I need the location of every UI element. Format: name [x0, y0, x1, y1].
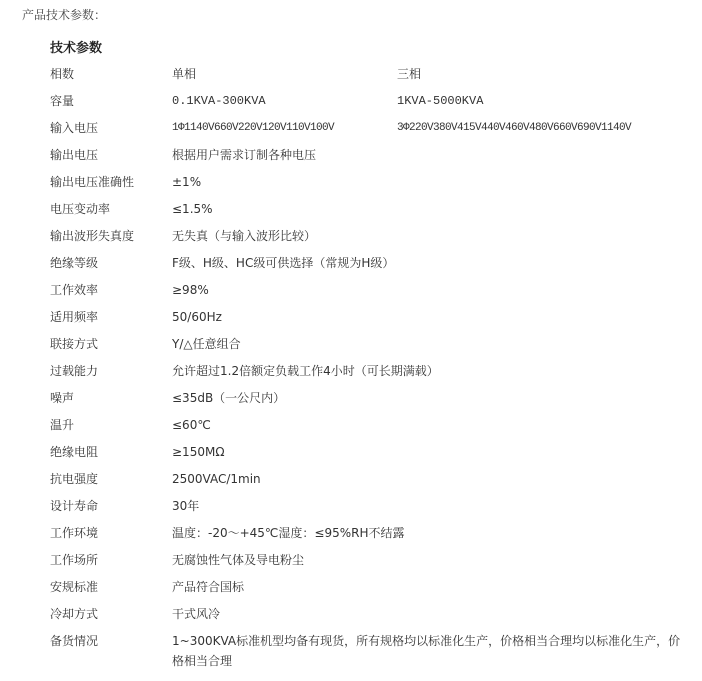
row-value: 产品符合国标 [172, 573, 692, 600]
table-row: 适用频率50/60Hz [50, 303, 692, 330]
row-value: 30年 [172, 492, 692, 519]
row-value: ≤1.5% [172, 195, 692, 222]
row-value: Y/△任意组合 [172, 330, 692, 357]
table-row: 容量0.1KVA-300KVA1KVA-5000KVA [50, 87, 692, 114]
table-row: 过载能力允许超过1.2倍额定负载工作4小时（可长期满载） [50, 357, 692, 384]
row-label: 设计寿命 [50, 492, 172, 519]
row-label: 输出电压 [50, 141, 172, 168]
row-label: 抗电强度 [50, 465, 172, 492]
spec-table: 技术参数 相数单相三相 容量0.1KVA-300KVA1KVA-5000KVA … [50, 33, 692, 671]
row-value: 干式风冷 [172, 600, 692, 627]
row-label: 输入电压 [50, 114, 172, 141]
row-label: 绝缘电阻 [50, 438, 172, 465]
table-row: 工作效率≥98% [50, 276, 692, 303]
table-row: 绝缘电阻≥150MΩ [50, 438, 692, 465]
row-label: 工作场所 [50, 546, 172, 573]
row-value-three: 3Φ220V380V415V440V460V480V660V690V1140V [397, 114, 692, 141]
table-row: 输入电压1Φ1140V660V220V120V110V100V3Φ220V380… [50, 114, 692, 141]
intro-label: 产品技术参数： [22, 6, 106, 23]
row-value: F级、H级、HC级可供选择（常规为H级） [172, 249, 692, 276]
row-value: 允许超过1.2倍额定负载工作4小时（可长期满载） [172, 357, 692, 384]
row-value: ±1% [172, 168, 692, 195]
row-label: 容量 [50, 87, 172, 114]
table-row: 噪声≤35dB（一公尺内） [50, 384, 692, 411]
spec-table-heading: 技术参数 [50, 33, 692, 60]
row-value-single: 单相 [172, 60, 397, 87]
row-value: 1~300KVA标准机型均备有现货，所有规格均以标准化生产，价格相当合理均以标准… [172, 627, 692, 671]
row-value: 2500VAC/1min [172, 465, 692, 492]
row-label: 联接方式 [50, 330, 172, 357]
table-row: 抗电强度2500VAC/1min [50, 465, 692, 492]
row-value-single: 0.1KVA-300KVA [172, 87, 397, 114]
row-value-single: 1Φ1140V660V220V120V110V100V [172, 114, 397, 141]
table-row: 电压变动率≤1.5% [50, 195, 692, 222]
row-label: 输出电压准确性 [50, 168, 172, 195]
spec-table-heading-row: 技术参数 [50, 33, 692, 60]
table-row: 工作环境温度：-20～+45℃湿度：≤95%RH不结露 [50, 519, 692, 546]
row-label: 安规标准 [50, 573, 172, 600]
row-label: 输出波形失真度 [50, 222, 172, 249]
row-value: 50/60Hz [172, 303, 692, 330]
row-label: 绝缘等级 [50, 249, 172, 276]
table-row: 冷却方式干式风冷 [50, 600, 692, 627]
row-value: 无腐蚀性气体及导电粉尘 [172, 546, 692, 573]
table-row: 输出波形失真度无失真（与输入波形比较） [50, 222, 692, 249]
table-row: 相数单相三相 [50, 60, 692, 87]
row-label: 噪声 [50, 384, 172, 411]
table-row: 输出电压准确性±1% [50, 168, 692, 195]
row-label: 温升 [50, 411, 172, 438]
row-value-three: 三相 [397, 60, 692, 87]
row-label: 过载能力 [50, 357, 172, 384]
row-value: ≤35dB（一公尺内） [172, 384, 692, 411]
table-row: 安规标准产品符合国标 [50, 573, 692, 600]
row-value: 无失真（与输入波形比较） [172, 222, 692, 249]
row-label: 工作环境 [50, 519, 172, 546]
table-row: 备货情况1~300KVA标准机型均备有现货，所有规格均以标准化生产，价格相当合理… [50, 627, 692, 671]
row-label: 工作效率 [50, 276, 172, 303]
row-value: 根据用户需求订制各种电压 [172, 141, 692, 168]
table-row: 设计寿命30年 [50, 492, 692, 519]
table-row: 绝缘等级F级、H级、HC级可供选择（常规为H级） [50, 249, 692, 276]
table-row: 输出电压根据用户需求订制各种电压 [50, 141, 692, 168]
table-row: 联接方式Y/△任意组合 [50, 330, 692, 357]
row-value: ≤60℃ [172, 411, 692, 438]
row-label: 备货情况 [50, 627, 172, 671]
row-value-three: 1KVA-5000KVA [397, 87, 692, 114]
row-label: 相数 [50, 60, 172, 87]
row-value: ≥98% [172, 276, 692, 303]
row-label: 电压变动率 [50, 195, 172, 222]
row-value: ≥150MΩ [172, 438, 692, 465]
table-row: 工作场所无腐蚀性气体及导电粉尘 [50, 546, 692, 573]
row-label: 冷却方式 [50, 600, 172, 627]
table-row: 温升≤60℃ [50, 411, 692, 438]
row-value: 温度：-20～+45℃湿度：≤95%RH不结露 [172, 519, 692, 546]
row-label: 适用频率 [50, 303, 172, 330]
